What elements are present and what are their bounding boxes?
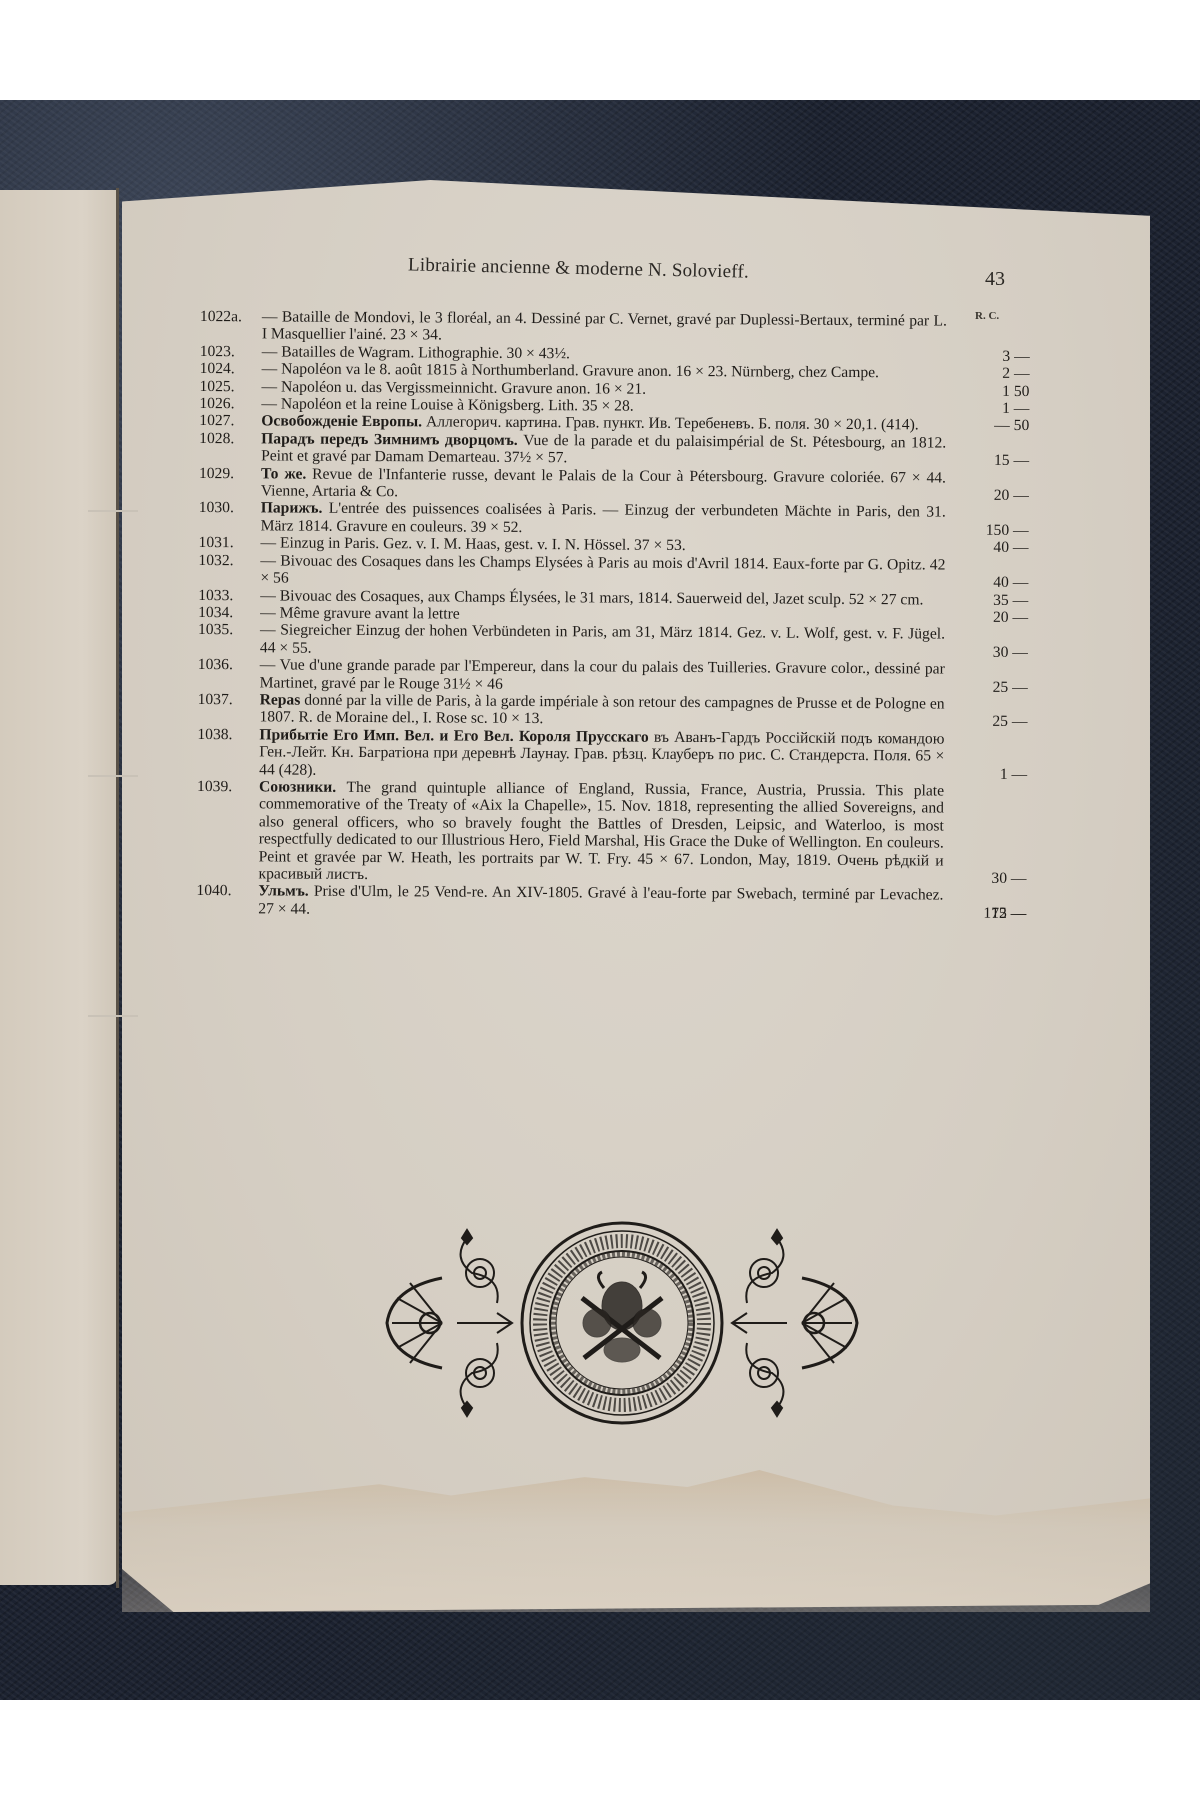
entry-price: 1 — xyxy=(967,765,1027,783)
entry-price: 40 — xyxy=(968,574,1028,592)
entry-price: 40 — xyxy=(968,539,1028,557)
entry-number: 1022a. xyxy=(200,308,262,343)
catalog-entry: 1040. Ульмъ. Prise d'Ulm, le 25 Vend-re.… xyxy=(196,882,1026,922)
entry-number: 1034. xyxy=(198,604,260,622)
binding-stitch xyxy=(88,1015,138,1017)
entry-price: 15 — xyxy=(969,452,1029,470)
entry-price: 3 — xyxy=(970,348,1030,366)
catalog-entry: 1029. То же. Revue de l'Infanterie russe… xyxy=(199,465,1029,505)
entry-price: 30 — xyxy=(966,870,1026,888)
entry-price: 25 — xyxy=(968,678,1028,696)
tailpiece-ornament-icon xyxy=(372,1218,872,1428)
entry-number: 1040. xyxy=(196,882,258,917)
entry-number: 1038. xyxy=(197,726,259,779)
entry-description: — Vue d'une grande parade par l'Empereur… xyxy=(260,656,945,695)
catalog-entry: 1036. — Vue d'une grande parade par l'Em… xyxy=(198,656,1028,696)
entry-number: 1024. xyxy=(200,360,262,378)
entry-number: 1025. xyxy=(199,378,261,396)
catalog-entry: 1030. Парижъ. L'entrée des puissences co… xyxy=(199,499,1029,539)
entry-number: 1026. xyxy=(199,395,261,413)
entry-number: 1036. xyxy=(198,656,260,691)
entry-description: Парадъ передъ Зимнимъ дворцомъ. Vue de l… xyxy=(261,430,946,469)
entry-price: 20 — xyxy=(969,487,1029,505)
entry-description: Ульмъ. Prise d'Ulm, le 25 Vend-re. An XI… xyxy=(258,883,943,922)
entry-price: 150 — xyxy=(969,522,1029,540)
entry-number: 1027. xyxy=(199,412,261,430)
entry-description: Парижъ. L'entrée des puissences coalisée… xyxy=(261,500,946,539)
entry-description: — Siegreicher Einzug der hohen Verbündet… xyxy=(260,622,945,661)
catalog-entry: 1038. Прибытіе Его Имп. Вел. и Его Вел. … xyxy=(197,726,1027,783)
book-spine xyxy=(116,188,119,1588)
entry-number: 1031. xyxy=(199,534,261,552)
entry-description: — Bivouac des Cosaques dans les Champs E… xyxy=(260,552,945,591)
entry-price: 35 — xyxy=(968,591,1028,609)
entry-number: 1037. xyxy=(197,691,259,726)
catalog-entries: 1022a. — Bataille de Mondovi, le 3 floré… xyxy=(196,308,1030,922)
entry-number: 1033. xyxy=(198,586,260,604)
page-number: 43 xyxy=(985,268,1005,291)
entry-number: 1023. xyxy=(200,343,262,361)
catalog-entry: 1022a. — Bataille de Mondovi, le 3 floré… xyxy=(200,308,1030,348)
entry-description: — Bataille de Mondovi, le 3 floréal, an … xyxy=(262,308,947,347)
entry-price: 12 — xyxy=(966,905,1026,923)
entry-price: 25 — xyxy=(967,713,1027,731)
catalog-entry: 1037. Repas donné par la ville de Paris,… xyxy=(197,691,1027,731)
entry-number: 1028. xyxy=(199,430,261,465)
entry-price: 20 — xyxy=(968,609,1028,627)
catalog-entry: 1028. Парадъ передъ Зимнимъ дворцомъ. Vu… xyxy=(199,430,1029,470)
binding-stitch xyxy=(88,775,138,777)
catalog-entry: 1032. — Bivouac des Cosaques dans les Ch… xyxy=(198,552,1028,592)
catalog-entry: 1035. — Siegreicher Einzug der hohen Ver… xyxy=(198,621,1028,661)
entry-description: Прибытіе Его Имп. Вел. и Его Вел. Короля… xyxy=(259,726,944,782)
entry-number: 1029. xyxy=(199,465,261,500)
binding-stitch xyxy=(88,510,138,512)
catalog-entry: 1039. Союзники. The grand quintuple alli… xyxy=(196,778,1027,888)
entry-number: 1032. xyxy=(198,552,260,587)
entry-price: 1 — xyxy=(969,400,1029,418)
left-page-edge xyxy=(0,190,118,1585)
entry-description: То же. Revue de l'Infanterie russe, deva… xyxy=(261,465,946,504)
entry-number: 1039. xyxy=(196,778,259,883)
entry-price: — 50 xyxy=(969,417,1029,435)
entry-number: 1030. xyxy=(199,499,261,534)
entry-price: 30 — xyxy=(968,643,1028,661)
entry-price: 2 — xyxy=(970,365,1030,383)
entry-description: Repas donné par la ville de Paris, à la … xyxy=(259,691,944,730)
entry-description: Союзники. The grand quintuple alliance o… xyxy=(258,778,944,887)
entry-number: 1035. xyxy=(198,621,260,656)
entry-price: 1 50 xyxy=(969,382,1029,400)
